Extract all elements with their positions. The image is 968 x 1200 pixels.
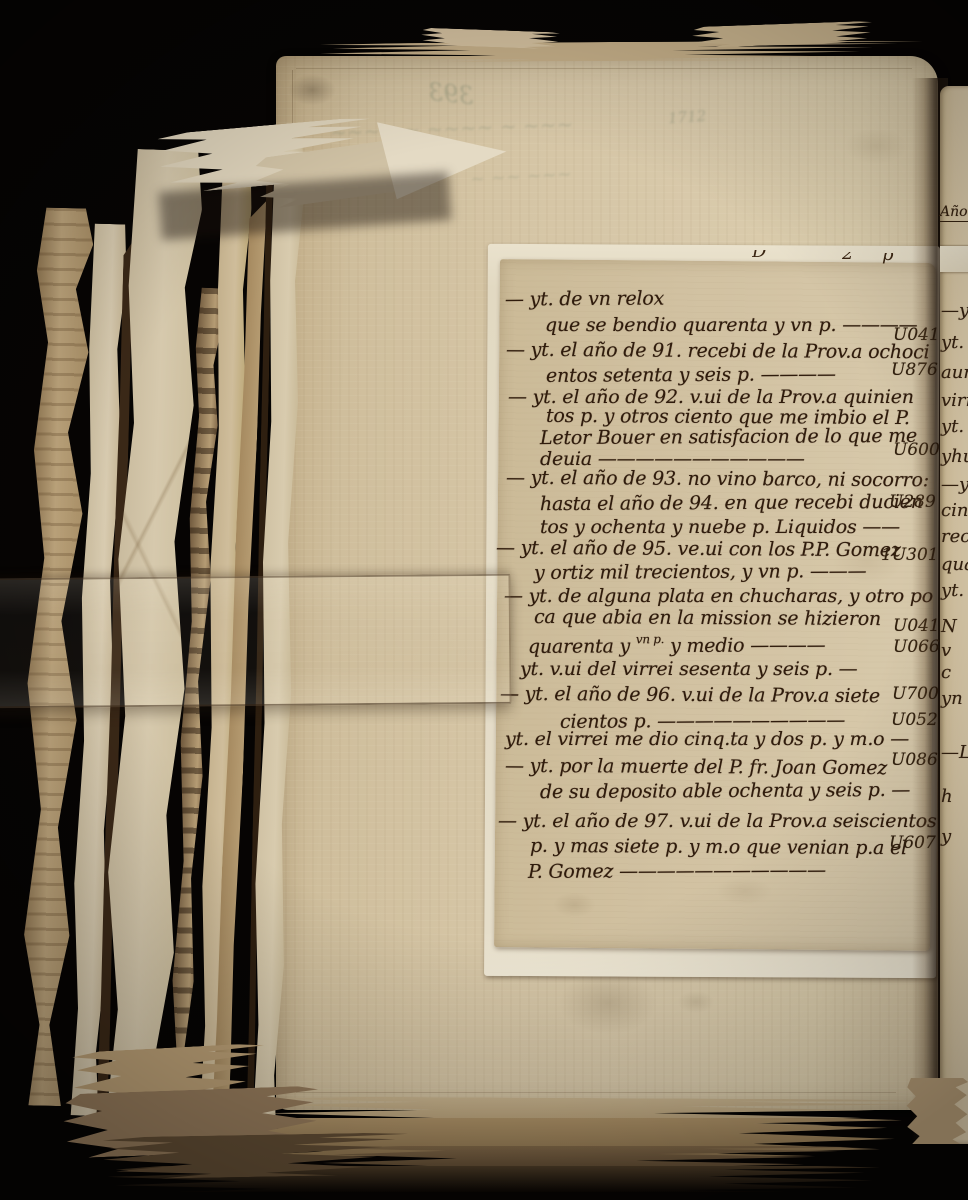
cut-line-fragment: 2 xyxy=(842,252,853,265)
facing-page-fragment: cint xyxy=(941,500,968,521)
facing-page-fragment: yhu xyxy=(941,446,968,467)
manuscript-line: yt. v.ui del virrei sesenta y seis p. — xyxy=(520,658,857,680)
facing-page-fragment: —Lo xyxy=(941,742,968,763)
manuscript-line: — yt. el año de 91. recebi de la Prov.a … xyxy=(506,339,930,364)
manuscript-line: — yt. de alguna plata en chucharas, y ot… xyxy=(504,585,933,607)
manuscript-line: tos y ochenta y nuebe p. Liquidos —— xyxy=(540,516,900,538)
manuscript-line: hasta el año de 94. en que recebi ducien xyxy=(540,491,923,515)
facing-page-fragment: yt. el xyxy=(941,332,968,353)
manuscript-line: — yt. por la muerte del P. fr. Joan Gome… xyxy=(505,755,887,779)
facing-page-fragment: qua xyxy=(941,554,968,575)
cut-line-fragment: p xyxy=(882,253,894,266)
manuscript-line: — yt. de vn relox xyxy=(505,288,664,311)
show-through-mark: 393 xyxy=(427,78,475,111)
page-frame-line-bottom xyxy=(296,1092,896,1093)
manuscript-line: de su deposito able ochenta y seis p. — xyxy=(540,779,910,803)
facing-page-fragment: aunq xyxy=(941,362,968,383)
manuscript-line: p. y mas siete p. y m.o que venian p.a e… xyxy=(530,835,907,859)
facing-page-fragment: y xyxy=(941,826,951,847)
facing-page-fragment: —yt. d xyxy=(941,300,968,321)
manuscript-line: yt. el virrei me dio cinq.ta y dos p. y … xyxy=(505,728,909,750)
show-through-mark: 1712 xyxy=(667,107,706,128)
facing-page-fragment: c xyxy=(941,662,951,683)
facing-page-fragment: yt. el xyxy=(941,416,968,437)
interlinear-note: vn p. xyxy=(636,632,664,646)
facing-page-fragment: v xyxy=(941,640,951,661)
manuscript-line: que se bendio quarenta y vn p. ———— xyxy=(545,314,917,336)
glass-weight-strip xyxy=(0,574,512,709)
facing-page-year-header: Año 1. xyxy=(940,204,968,222)
page-frame-line-top xyxy=(296,68,912,69)
manuscript-line: quarenta y vn p. y medio ———— xyxy=(528,631,826,658)
manuscript-line: ca que abia en la mission se hizieron xyxy=(534,606,881,630)
cut-line-fragment: D xyxy=(752,250,766,263)
manuscript-line: P. Gomez ——————————— xyxy=(528,859,826,883)
facing-page-fold-band xyxy=(940,246,968,272)
facing-page-fragment: virr xyxy=(941,390,968,411)
facing-page-fragment: rec xyxy=(941,526,968,547)
facing-page-fragment: N xyxy=(941,616,957,637)
manuscript-line: — yt. el año de 97. v.ui de la Prov.a se… xyxy=(498,810,937,832)
manuscript-line: y ortiz mil trecientos, y vn p. ——— xyxy=(534,560,866,584)
manuscript-line: — yt. el año de 95. ve.ui con los P.P. G… xyxy=(496,537,901,561)
manuscript-line: Letor Bouer en satisfacion de lo que me xyxy=(540,425,917,449)
facing-page-fragment: —yt. el xyxy=(941,474,968,495)
manuscript-line: — yt. el año de 93. no vino barco, ni so… xyxy=(506,467,929,492)
photograph-of-manuscript-book: 3931712~~~ ~~ ~~~~ ~ ~~~~ ~~ ~~~8 2 2~~ … xyxy=(0,0,968,1200)
facing-page-edge xyxy=(940,86,968,1144)
facing-page-fragment: h xyxy=(941,786,953,807)
manuscript-line: entos setenta y seis p. ———— xyxy=(546,363,836,387)
facing-page-fragment: yt. xyxy=(941,580,964,601)
manuscript-line: — yt. el año de 96. v.ui de la Prov.a si… xyxy=(500,683,880,707)
facing-page-fragment: yn xyxy=(941,688,963,709)
